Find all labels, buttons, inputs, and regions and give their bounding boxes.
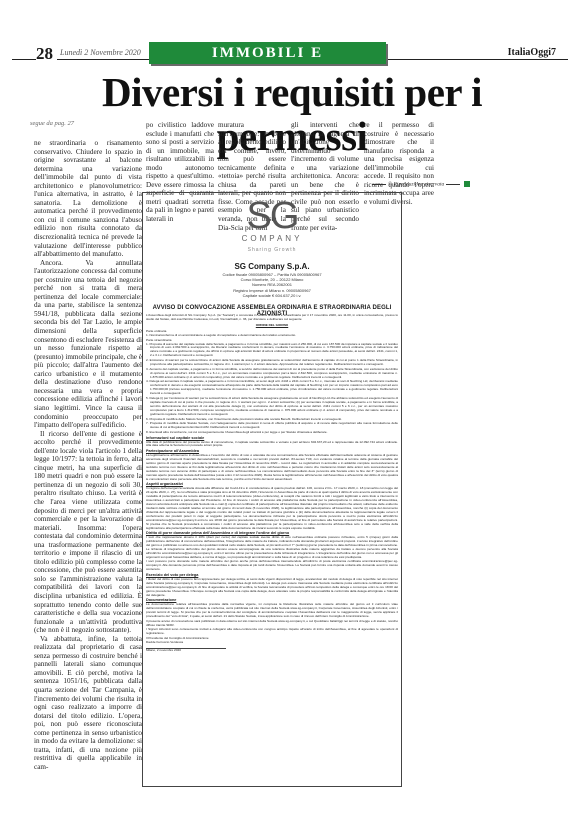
- place-date: Milano, 2 novembre 2020: [146, 649, 398, 653]
- copyright-rule: [446, 184, 460, 185]
- signature-name: Davide Ferruccio Verdesca: [146, 641, 398, 645]
- agenda-item: 1. Proposta di aumento del capitale soci…: [146, 343, 398, 359]
- section-paragraph: I titolari del diritto di voto possono f…: [146, 578, 398, 598]
- section-title: IMMOBILI E CONDOMINIO: [149, 42, 386, 64]
- section-paragraph: I soci che rappresentano almeno il 10% (…: [146, 536, 398, 560]
- section-paragraph: La documentazione relativa all'Assemblea…: [146, 603, 398, 619]
- page-header: 28 Lunedì 2 Novembre 2020 IMMOBILI E CON…: [12, 44, 568, 66]
- section-paragraph: La legittimazione all'intervento in Asse…: [146, 454, 398, 482]
- paragraph: Va abbattuta, infine, la tettoia realizz…: [34, 635, 142, 772]
- notice-text-area: AVVISO DI CONVOCAZIONE ASSEMBLEA ORDINAR…: [142, 192, 402, 787]
- copyright-note: © Riproduzione riservata: [372, 181, 470, 187]
- agenda-item: 1. Nomina/conferma di un amministratore …: [146, 334, 398, 338]
- newspaper-brand: ItaliaOggi7: [504, 47, 556, 58]
- article-column-1: ne straordinaria o risanamento conservat…: [34, 139, 142, 771]
- agenda-item: 5. Delega (i) per l'emissione di warrant…: [146, 397, 398, 417]
- paragraph: Il ricorso dell'ente di gestione è accol…: [34, 430, 142, 635]
- paragraph: ne straordinaria o risanamento conservat…: [34, 139, 142, 259]
- agenda-item: 2. Emissione di warrant per la sottoscri…: [146, 359, 398, 367]
- end-mark-icon: [464, 181, 470, 187]
- paragraph: Ancora. Va annullata l'autorizzazione co…: [34, 259, 142, 430]
- continued-from: segue da pag. 27: [30, 120, 74, 127]
- notice-intro: L'Assemblea degli Azionisti di SG Compan…: [146, 314, 398, 322]
- issue-date: Lunedì 2 Novembre 2020: [60, 48, 145, 57]
- copyright-rule: [372, 184, 386, 185]
- agenda-item: 4. Delega ad aumentare il capitale socia…: [146, 380, 398, 396]
- agenda-heading: ORDINE DEL GIORNO: [146, 324, 398, 328]
- agenda-item: 8. Eventuali altre incombenze, sui cui c…: [146, 431, 398, 435]
- section-paragraph: I soci possono porre domande sulle mater…: [146, 560, 398, 572]
- section-paragraph: Alla data di pubblicazione del presente …: [146, 441, 398, 449]
- agenda-item: 3. Aumento del capitale sociale, a pagam…: [146, 368, 398, 380]
- section-paragraph: In ragione dell'emergenza sanitaria dovu…: [146, 487, 398, 530]
- notice-body: L'Assemblea degli Azionisti di SG Compan…: [146, 314, 398, 653]
- page-number: 28: [36, 44, 57, 64]
